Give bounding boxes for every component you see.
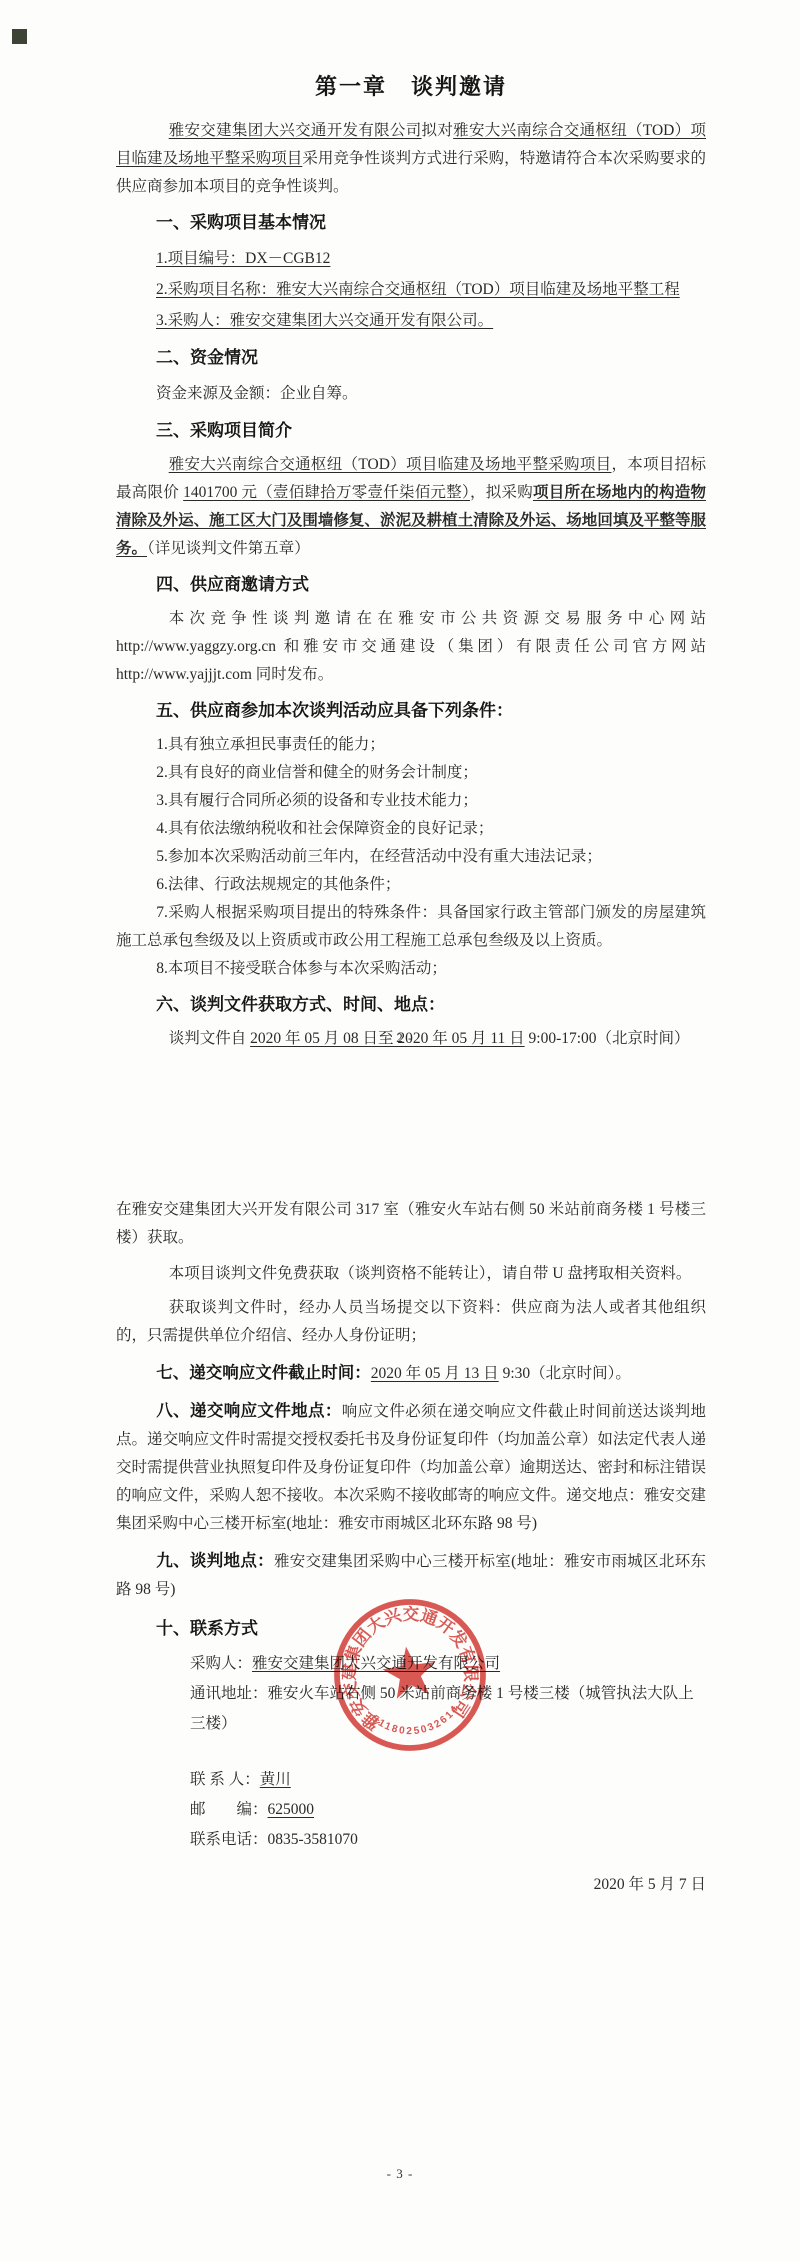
- address-line: 通讯地址：雅安火车站右侧 50 米站前商务楼 1 号楼三楼（城管执法大队上三楼）: [190, 1679, 706, 1739]
- obtain-location-continuation: 在雅安交建集团大兴开发有限公司 317 室（雅安火车站右侧 50 米站前商务楼 …: [116, 1196, 706, 1252]
- free-document-paragraph: 本项目谈判文件免费获取（谈判资格不能转让），请自带 U 盘拷取相关资料。: [116, 1260, 706, 1288]
- section-6-heading: 六、谈判文件获取方式、时间、地点：: [156, 990, 706, 1020]
- buyer-value-underlined: 雅安交建集团大兴交通开发有限公司: [252, 1655, 500, 1672]
- section-5-heading: 五、供应商参加本次谈判活动应具备下列条件：: [156, 696, 706, 726]
- project-brief-paragraph: 雅安大兴南综合交通枢纽（TOD）项目临建及场地平整采购项目，本项目招标最高限价 …: [116, 451, 706, 563]
- phone-line: 联系电话：0835-3581070: [190, 1825, 706, 1855]
- phone-value: 0835-3581070: [268, 1831, 358, 1848]
- project-name-line: 2.采购项目名称：雅安大兴南综合交通枢纽（TOD）项目临建及场地平整工程: [156, 274, 706, 305]
- funding-line: 资金来源及金额：企业自筹。: [156, 378, 706, 409]
- section-2-heading: 二、资金情况: [156, 343, 706, 373]
- section-7-line: 七、递交响应文件截止时间：2020 年 05 月 13 日 9:30（北京时间）…: [116, 1359, 706, 1388]
- postal-value-underlined: 625000: [268, 1801, 315, 1818]
- price-cap-underlined: 1401700 元（壹佰肆拾万零壹仟柒佰元整）: [183, 484, 470, 501]
- condition-item: 4.具有依法缴纳税收和社会保障资金的良好记录；: [116, 815, 706, 843]
- section-7-heading: 七、递交响应文件截止时间：: [156, 1364, 371, 1382]
- document-page-2: 在雅安交建集团大兴开发有限公司 317 室（雅安火车站右侧 50 米站前商务楼 …: [0, 1196, 800, 1899]
- phone-label: 联系电话：: [190, 1831, 268, 1848]
- section-8-paragraph: 八、递交响应文件地点：响应文件必须在递交响应文件截止时间前送达谈判地点。递交响应…: [116, 1397, 706, 1538]
- document-date: 2020 年 5 月 7 日: [116, 1871, 706, 1899]
- page-number-3: - 3 -: [0, 2166, 800, 2182]
- deadline-date-underlined: 2020 年 05 月 13 日: [371, 1365, 499, 1382]
- section-9-heading: 九、谈判地点：: [156, 1552, 274, 1570]
- document-page-1: 第一章 谈判邀请 雅安交建集团大兴交通开发有限公司拟对雅安大兴南综合交通枢纽（T…: [0, 0, 800, 1053]
- postal-label: 邮 编：: [190, 1801, 268, 1818]
- text-run: （详见谈判文件第五章）: [147, 540, 310, 557]
- condition-item: 2.具有良好的商业信誉和健全的财务会计制度；: [116, 759, 706, 787]
- materials-required-paragraph: 获取谈判文件时，经办人员当场提交以下资料：供应商为法人或者其他组织的，只需提供单…: [116, 1294, 706, 1350]
- condition-item: 7.采购人根据采购项目提出的特殊条件：具备国家行政主管部门颁发的房屋建筑施工总承…: [116, 899, 706, 955]
- section-10-heading: 十、联系方式: [156, 1614, 706, 1644]
- page-title: 第一章 谈判邀请: [116, 70, 706, 101]
- project-name-underlined: 雅安大兴南综合交通枢纽（TOD）项目临建及场地平整采购项目: [169, 456, 612, 473]
- project-number: 1.项目编号：DX－CGB12: [156, 250, 330, 267]
- buyer-name-underlined: 雅安交建集团大兴交通开发有限公司: [169, 122, 422, 139]
- address-label: 通讯地址：: [190, 1685, 268, 1702]
- section-8-heading: 八、递交响应文件地点：: [156, 1402, 341, 1420]
- text-run: ，拟采购: [470, 484, 533, 501]
- condition-item: 8.本项目不接受联合体参与本次采购活动；: [116, 955, 706, 983]
- text-run: 响应文件必须在递交响应文件截止时间前送达谈判地点。递交响应文件时需提交授权委托书…: [116, 1403, 706, 1532]
- postal-code-line: 邮 编：625000: [190, 1795, 706, 1825]
- condition-item: 1.具有独立承担民事责任的能力；: [116, 731, 706, 759]
- contact-value-underlined: 黄川: [260, 1771, 291, 1788]
- scanned-document-canvas: { "doc": { "page1": { "title": "第一章 谈判邀请…: [0, 0, 800, 2261]
- intro-paragraph: 雅安交建集团大兴交通开发有限公司拟对雅安大兴南综合交通枢纽（TOD）项目临建及场…: [116, 117, 706, 201]
- project-name: 2.采购项目名称：雅安大兴南综合交通枢纽（TOD）项目临建及场地平整工程: [156, 281, 680, 298]
- invitation-method-paragraph: 本次竞争性谈判邀请在在雅安市公共资源交易服务中心网站 http://www.ya…: [116, 605, 706, 689]
- page-number-2: - 2 -: [0, 1030, 800, 1046]
- purchaser-line: 3.采购人：雅安交建集团大兴交通开发有限公司。: [156, 305, 706, 336]
- condition-item: 6.法律、行政法规规定的其他条件；: [116, 871, 706, 899]
- section-3-heading: 三、采购项目简介: [156, 416, 706, 446]
- text-run: 拟对: [422, 122, 454, 139]
- section-1-heading: 一、采购项目基本情况: [156, 208, 706, 238]
- section-4-heading: 四、供应商邀请方式: [156, 570, 706, 600]
- section-9-paragraph: 九、谈判地点：雅安交建集团采购中心三楼开标室(地址：雅安市雨城区北环东路 98 …: [116, 1547, 706, 1604]
- purchaser-name: 3.采购人：雅安交建集团大兴交通开发有限公司。: [156, 312, 493, 329]
- project-number-line: 1.项目编号：DX－CGB12: [156, 243, 706, 274]
- buyer-label: 采购人：: [190, 1655, 252, 1672]
- contact-person-line: 联 系 人：黄川: [190, 1765, 706, 1795]
- buyer-contact-line: 采购人：雅安交建集团大兴交通开发有限公司: [190, 1649, 706, 1679]
- contact-label: 联 系 人：: [190, 1771, 260, 1788]
- condition-item: 3.具有履行合同所必须的设备和专业技术能力；: [116, 787, 706, 815]
- text-run: 9:30（北京时间）。: [499, 1365, 631, 1382]
- condition-item: 5.参加本次采购活动前三年内，在经营活动中没有重大违法记录；: [116, 843, 706, 871]
